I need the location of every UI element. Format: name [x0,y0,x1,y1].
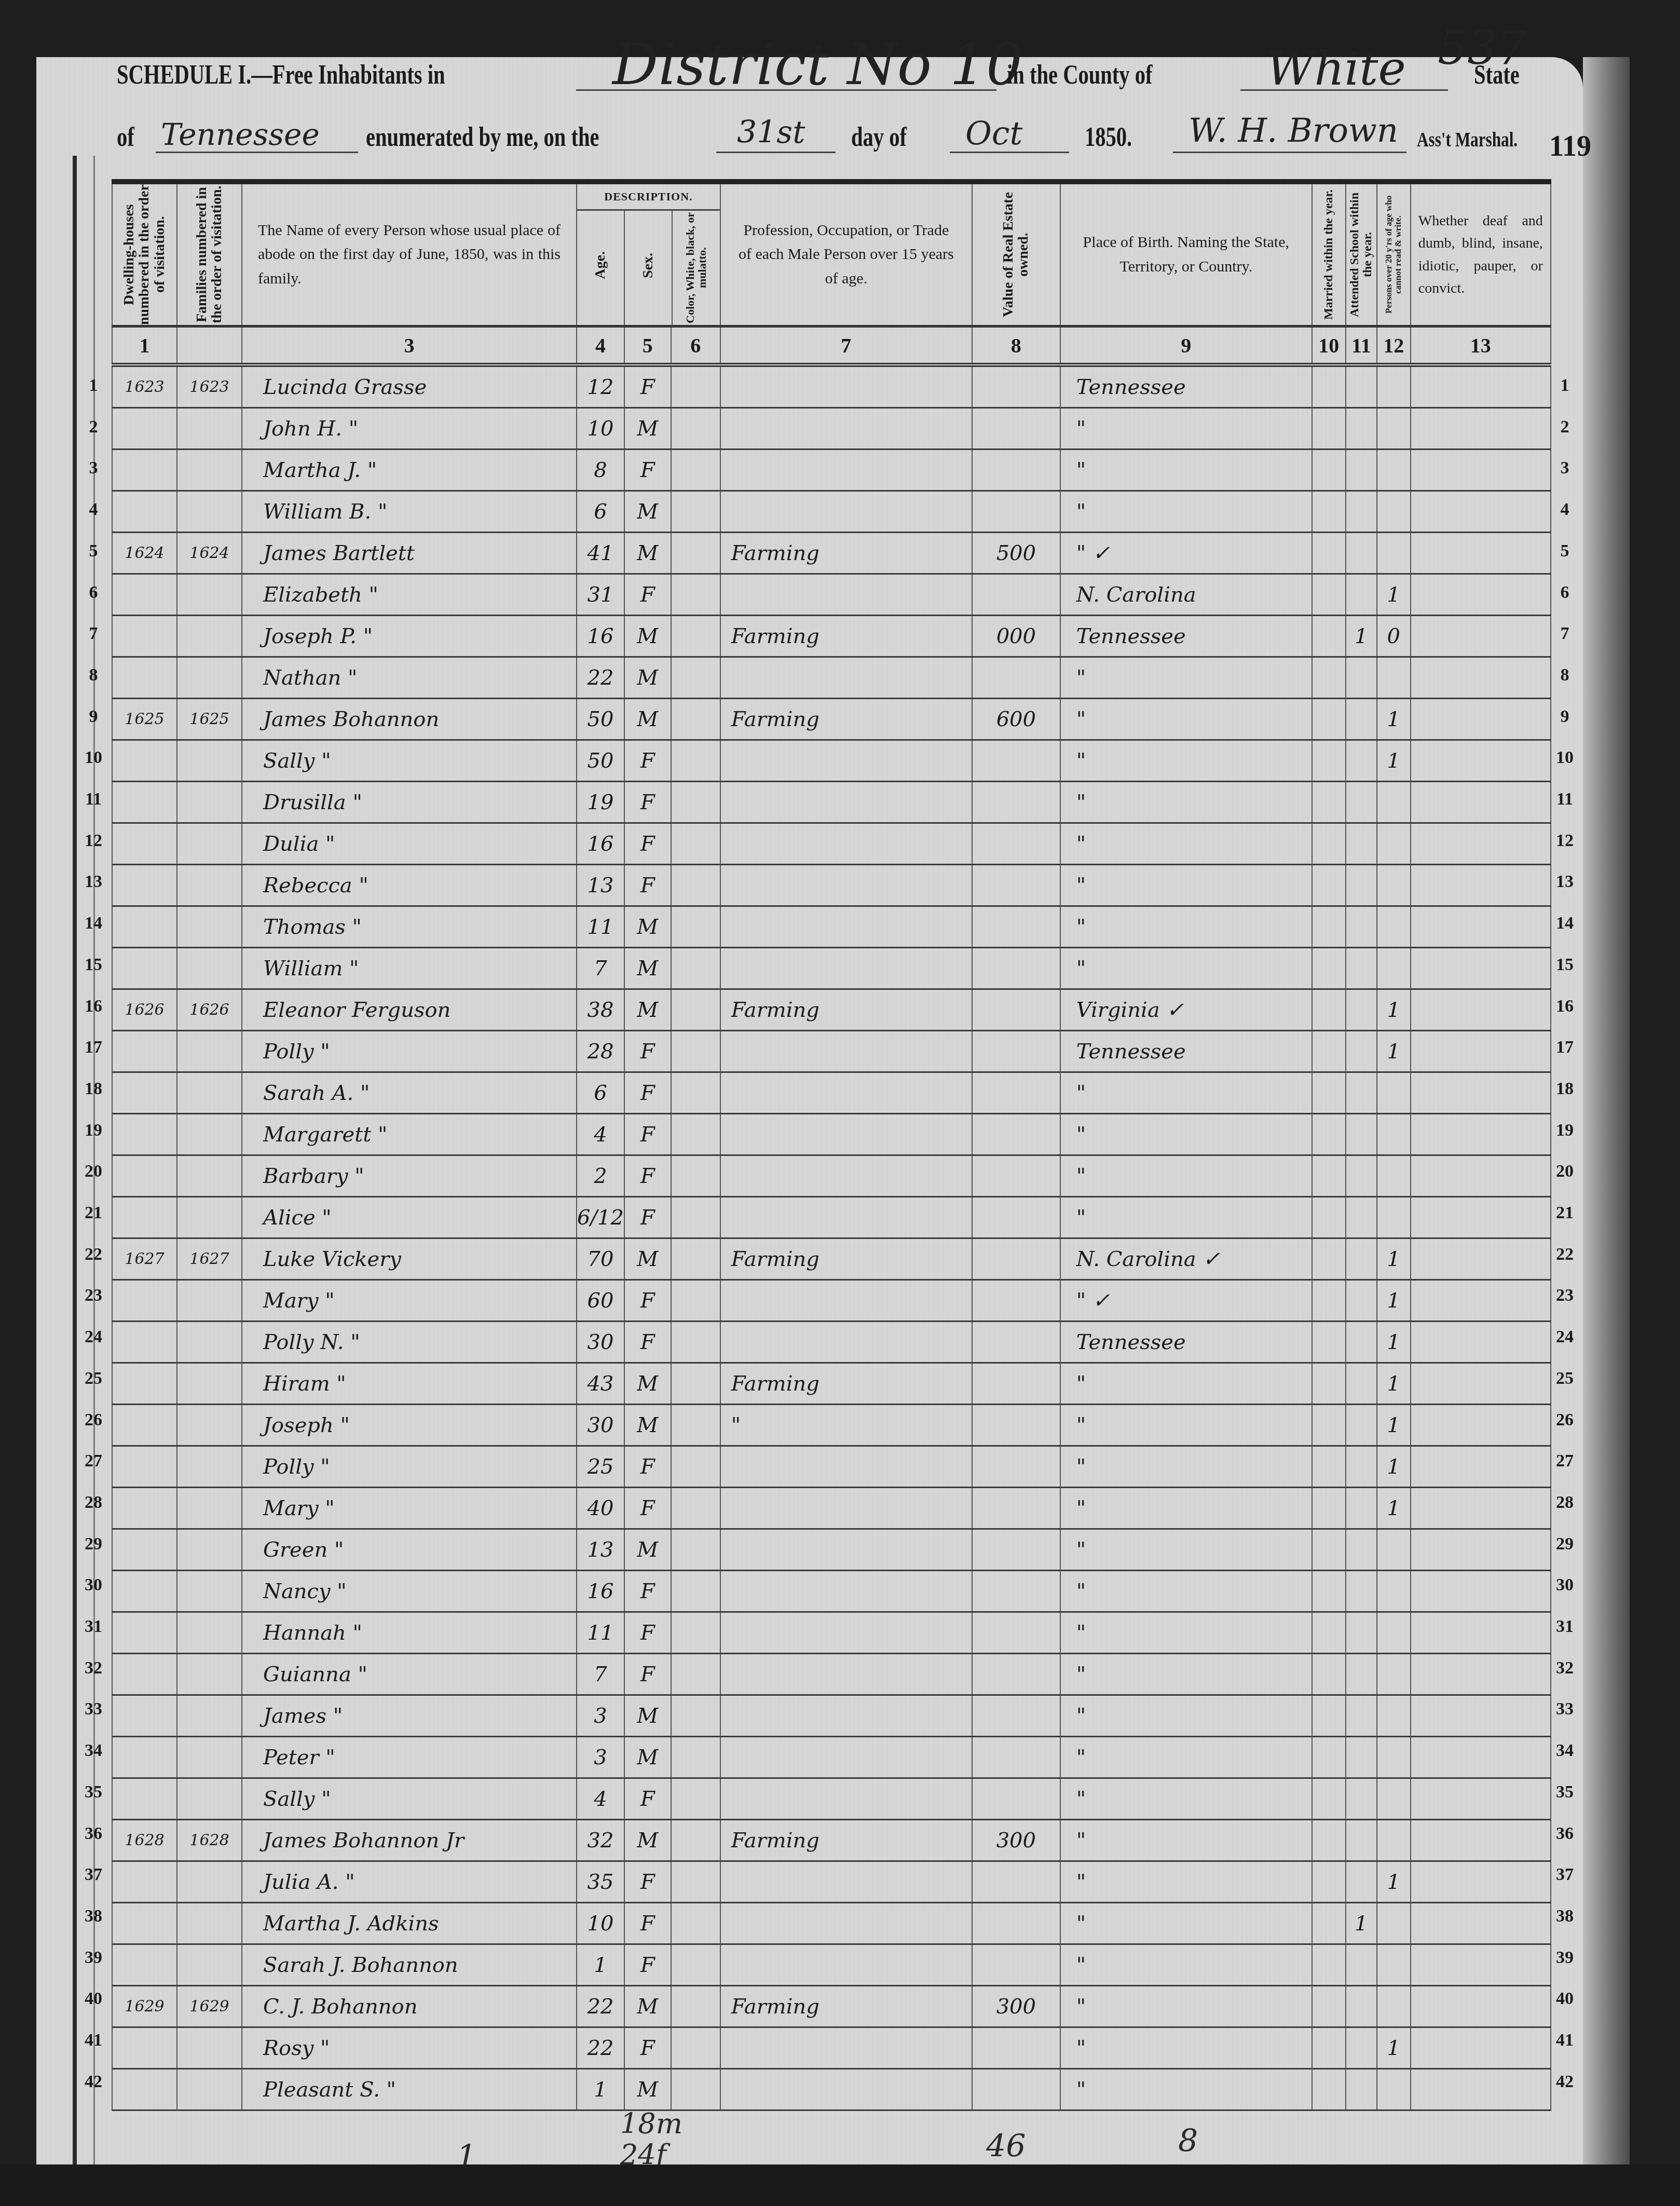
table-row: Nancy "16F" [112,1571,1551,1612]
cell-age: 19 [577,782,624,823]
table-row: Elizabeth "31FN. Carolina1 [112,574,1551,616]
cell-family [177,1571,242,1612]
cell-occupation [720,1737,972,1778]
line-number-left: 37 [78,1865,109,1885]
cell-name: Mary " [242,1280,577,1322]
line-number-right: 41 [1549,2031,1580,2050]
column-headers: Dwelling-houses numbered in the order of… [112,182,1551,326]
cell-occupation [720,1571,972,1612]
cell-sex: F [624,1114,671,1155]
cell-dwelling [112,1031,177,1072]
cell-family [177,574,242,616]
cell-condition [1411,1322,1551,1363]
cell-sex: F [624,1944,671,1986]
line-number-right: 3 [1549,458,1580,478]
cell-illiterate: 0 [1377,616,1411,657]
cell-school [1346,1155,1377,1197]
cell-occupation [720,1695,972,1737]
cell-school [1346,740,1377,782]
line-number-right: 26 [1549,1410,1580,1430]
cell-married [1312,1820,1346,1861]
cell-dwelling [112,1737,177,1778]
cell-illiterate [1377,782,1411,823]
cell-school [1346,1363,1377,1405]
cell-dwelling [112,1571,177,1612]
printed-page-number: 119 [1549,130,1591,163]
cell-married [1312,533,1346,574]
cell-occupation [720,1778,972,1820]
cell-color [671,989,720,1031]
cell-family: 1624 [177,533,242,574]
cell-family [177,2027,242,2069]
cell-illiterate: 1 [1377,1446,1411,1488]
cell-name: Barbary " [242,1155,577,1197]
cell-age: 1 [577,1944,624,1986]
cell-birth: " [1060,491,1312,533]
cell-sex: F [624,782,671,823]
cell-occupation [720,865,972,906]
cell-occupation [720,823,972,865]
cell-school [1346,1737,1377,1778]
description-group-header: DESCRIPTION. Age. Sex. Color, White, bla… [577,182,720,326]
line-number-left: 41 [78,2031,109,2050]
cell-value [972,1280,1060,1322]
line-number-left: 7 [78,624,109,644]
cell-family [177,1405,242,1446]
cell-condition [1411,1654,1551,1695]
col-header-family: Families numbered in the order of visita… [177,182,242,326]
cell-value [972,1114,1060,1155]
line-number-left: 39 [78,1948,109,1968]
cell-occupation [720,1446,972,1488]
cell-family: 1628 [177,1820,242,1861]
table-row: 16231623Lucinda Grasse12FTennessee [112,365,1551,408]
cell-age: 25 [577,1446,624,1488]
cell-illiterate [1377,1737,1411,1778]
cell-birth: " [1060,1861,1312,1903]
cell-birth: " ✓ [1060,533,1312,574]
cell-birth: " [1060,1986,1312,2027]
cell-occupation [720,1031,972,1072]
cell-birth: " [1060,865,1312,906]
cell-color [671,491,720,533]
cell-condition [1411,1238,1551,1280]
cell-illiterate [1377,1778,1411,1820]
state-underline [156,152,358,153]
cell-birth: " [1060,1778,1312,1820]
line-number-left: 18 [78,1079,109,1099]
cell-family: 1627 [177,1238,242,1280]
cell-birth: " [1060,1820,1312,1861]
line-number-right: 4 [1549,500,1580,520]
cell-family [177,1031,242,1072]
cell-married [1312,1446,1346,1488]
cell-color [671,1861,720,1903]
cell-birth: " [1060,1571,1312,1612]
line-number-left: 22 [78,1245,109,1264]
cell-condition [1411,1072,1551,1114]
cell-occupation: Farming [720,1986,972,2027]
cell-dwelling [112,491,177,533]
line-number-right: 30 [1549,1575,1580,1595]
line-number-left: 14 [78,914,109,933]
table-row: Mary "40F"1 [112,1488,1551,1529]
cell-married [1312,782,1346,823]
cell-name: Dulia " [242,823,577,865]
cell-birth: " [1060,450,1312,491]
cell-dwelling [112,616,177,657]
cell-color [671,948,720,989]
cell-married [1312,1197,1346,1238]
cell-married [1312,865,1346,906]
line-number-left: 9 [78,707,109,727]
cell-color [671,365,720,408]
cell-age: 41 [577,533,624,574]
cell-sex: M [624,533,671,574]
cell-illiterate [1377,1114,1411,1155]
cell-sex: F [624,1446,671,1488]
cell-condition [1411,1903,1551,1944]
line-number-right: 35 [1549,1782,1580,1802]
cell-condition [1411,1114,1551,1155]
cell-family [177,1778,242,1820]
cell-name: Martha J. Adkins [242,1903,577,1944]
cell-school [1346,1986,1377,2027]
cell-color [671,1446,720,1488]
cell-color [671,823,720,865]
col-header-condition: Whether deaf and dumb, blind, insane, id… [1411,182,1551,326]
table-row: Joseph P. "16MFarming000Tennessee10 [112,616,1551,657]
line-number-right: 8 [1549,665,1580,685]
line-number-right: 11 [1549,789,1580,809]
table-row: 16271627Luke Vickery70MFarmingN. Carolin… [112,1238,1551,1280]
cell-color [671,1820,720,1861]
cell-occupation: " [720,1405,972,1446]
cell-occupation [720,1903,972,1944]
cell-color [671,865,720,906]
table-row: Rosy "22F"1 [112,2027,1551,2069]
cell-school [1346,365,1377,408]
line-number-right: 9 [1549,707,1580,727]
cell-birth: " [1060,782,1312,823]
cell-dwelling [112,1322,177,1363]
cell-color [671,1114,720,1155]
cell-school [1346,1031,1377,1072]
county-underline [1240,89,1448,91]
cell-family [177,1903,242,1944]
cell-sex: M [624,1820,671,1861]
cell-color [671,408,720,450]
cell-illiterate: 1 [1377,574,1411,616]
cell-dwelling [112,1944,177,1986]
cell-family [177,1114,242,1155]
cell-birth: " [1060,906,1312,948]
cell-family [177,823,242,865]
col-header-illiterate: Persons over 20 y'rs of age who cannot r… [1377,182,1411,326]
cell-married [1312,1488,1346,1529]
cell-family [177,1654,242,1695]
line-number-left: 32 [78,1658,109,1678]
cell-illiterate [1377,823,1411,865]
col-header-occupation: Profession, Occupation, or Trade of each… [720,182,972,326]
table-row: Barbary "2F" [112,1155,1551,1197]
cell-dwelling [112,865,177,906]
cell-dwelling: 1626 [112,989,177,1031]
cell-color [671,782,720,823]
cell-illiterate [1377,533,1411,574]
table-row: 16241624James Bartlett41MFarming500" ✓ [112,533,1551,574]
cell-color [671,2069,720,2110]
cell-birth: " [1060,1654,1312,1695]
cell-name: Thomas " [242,906,577,948]
cell-married [1312,1571,1346,1612]
table-row: 16251625James Bohannon50MFarming600"1 [112,699,1551,740]
table-row: James "3M" [112,1695,1551,1737]
cell-sex: F [624,365,671,408]
table-row: 16281628James Bohannon Jr32MFarming300" [112,1820,1551,1861]
line-number-left: 34 [78,1741,109,1761]
cell-name: Drusilla " [242,782,577,823]
col-header-dwelling: Dwelling-houses numbered in the order of… [112,182,177,326]
cell-condition [1411,906,1551,948]
cell-married [1312,740,1346,782]
cell-sex: M [624,1695,671,1737]
line-number-left: 13 [78,872,109,892]
cell-age: 2 [577,1155,624,1197]
cell-family [177,740,242,782]
cell-married [1312,1737,1346,1778]
cell-illiterate [1377,1820,1411,1861]
line-number-right: 6 [1549,583,1580,603]
cell-age: 28 [577,1031,624,1072]
cell-school [1346,906,1377,948]
cell-value: 500 [972,533,1060,574]
cell-color [671,1778,720,1820]
cell-name: Nancy " [242,1571,577,1612]
table-row: Polly "28FTennessee1 [112,1031,1551,1072]
cell-value [972,1861,1060,1903]
line-number-right: 13 [1549,872,1580,892]
cell-birth: Virginia ✓ [1060,989,1312,1031]
cell-sex: F [624,1197,671,1238]
cell-condition [1411,2027,1551,2069]
cell-illiterate: 1 [1377,1405,1411,1446]
district-value: District No 10 [612,31,1022,98]
cell-family [177,657,242,699]
line-number-right: 17 [1549,1038,1580,1057]
cell-value: 300 [972,1986,1060,2027]
cell-name: Martha J. " [242,450,577,491]
cell-illiterate [1377,1654,1411,1695]
cell-dwelling [112,1654,177,1695]
cell-illiterate [1377,906,1411,948]
cell-occupation [720,450,972,491]
table-row: Mary "60F" ✓1 [112,1280,1551,1322]
cell-color [671,1529,720,1571]
cell-illiterate: 1 [1377,1322,1411,1363]
line-number-right: 18 [1549,1079,1580,1099]
cell-condition [1411,1861,1551,1903]
table-row: Polly N. "30FTennessee1 [112,1322,1551,1363]
cell-occupation [720,1944,972,1986]
cell-school [1346,1529,1377,1571]
cell-condition [1411,491,1551,533]
cell-name: Joseph P. " [242,616,577,657]
cell-illiterate: 1 [1377,1488,1411,1529]
cell-condition [1411,1695,1551,1737]
cell-birth: " [1060,1944,1312,1986]
cell-age: 13 [577,1529,624,1571]
line-number-right: 31 [1549,1617,1580,1637]
cell-illiterate: 1 [1377,1238,1411,1280]
day-underline [716,152,836,153]
line-number-left: 31 [78,1617,109,1637]
cell-condition [1411,450,1551,491]
cell-color [671,574,720,616]
cell-birth: " [1060,1446,1312,1488]
cell-family [177,906,242,948]
cell-married [1312,948,1346,989]
cell-name: Joseph " [242,1405,577,1446]
cell-school [1346,2027,1377,2069]
cell-married [1312,616,1346,657]
marshal-name: W. H. Brown [1189,112,1398,150]
cell-illiterate [1377,450,1411,491]
line-number-left: 23 [78,1286,109,1305]
cell-school [1346,574,1377,616]
cell-color [671,1612,720,1654]
cell-occupation: Farming [720,1238,972,1280]
cell-school [1346,657,1377,699]
cell-condition [1411,1197,1551,1238]
table-row: Martha J. Adkins10F"1 [112,1903,1551,1944]
table-row: Alice "6/12F" [112,1197,1551,1238]
cell-sex: M [624,1405,671,1446]
line-number-left: 16 [78,997,109,1016]
page-right-edge [1583,57,1630,2175]
cell-school [1346,1322,1377,1363]
cell-illiterate: 1 [1377,989,1411,1031]
table-row: Dulia "16F" [112,823,1551,865]
cell-color [671,1654,720,1695]
cell-value [972,1155,1060,1197]
cell-name: Sally " [242,1778,577,1820]
cell-married [1312,1778,1346,1820]
cell-dwelling [112,2027,177,2069]
cell-school [1346,948,1377,989]
county-label: in the County of [1007,60,1153,90]
cell-birth: N. Carolina [1060,574,1312,616]
cell-condition [1411,1446,1551,1488]
cell-school [1346,1695,1377,1737]
cell-occupation [720,906,972,948]
cell-school [1346,450,1377,491]
line-number-right: 32 [1549,1658,1580,1678]
cell-illiterate [1377,2069,1411,2110]
line-number-left: 2 [78,417,109,437]
cell-family [177,1695,242,1737]
cell-illiterate [1377,1612,1411,1654]
cell-married [1312,574,1346,616]
line-number-right: 22 [1549,1245,1580,1264]
cell-sex: M [624,491,671,533]
cell-birth: " [1060,1695,1312,1737]
cell-name: Luke Vickery [242,1238,577,1280]
cell-value [972,365,1060,408]
cell-value [972,948,1060,989]
table-row: Pleasant S. "1M" [112,2069,1551,2110]
cell-condition [1411,782,1551,823]
table-row: 16261626Eleanor Ferguson38MFarmingVirgin… [112,989,1551,1031]
line-number-right: 33 [1549,1699,1580,1719]
cell-name: Margarett " [242,1114,577,1155]
cell-age: 50 [577,699,624,740]
cell-name: Julia A. " [242,1861,577,1903]
cell-dwelling [112,1446,177,1488]
cell-color [671,1903,720,1944]
cell-color [671,906,720,948]
cell-age: 40 [577,1488,624,1529]
cell-school [1346,1238,1377,1280]
cell-color [671,1944,720,1986]
line-number-left: 11 [78,789,109,809]
cell-name: C. J. Bohannon [242,1986,577,2027]
cell-color [671,1695,720,1737]
cell-married [1312,491,1346,533]
cell-condition [1411,1944,1551,1986]
cell-sex: F [624,1612,671,1654]
cell-value [972,1488,1060,1529]
cell-family [177,1280,242,1322]
cell-birth: " [1060,1072,1312,1114]
cell-name: Alice " [242,1197,577,1238]
col-header-real-estate: Value of Real Estate owned. [972,182,1060,326]
cell-value [972,2069,1060,2110]
cell-age: 6 [577,1072,624,1114]
col-header-school: Attended School within the year. [1346,182,1377,326]
cell-occupation: Farming [720,989,972,1031]
cell-birth: " [1060,1114,1312,1155]
cell-sex: M [624,408,671,450]
cell-occupation [720,1654,972,1695]
cell-color [671,533,720,574]
cell-age: 30 [577,1322,624,1363]
cell-married [1312,1861,1346,1903]
line-number-right: 24 [1549,1327,1580,1347]
cell-age: 11 [577,1612,624,1654]
cell-illiterate [1377,1072,1411,1114]
cell-school [1346,491,1377,533]
cell-family [177,450,242,491]
cell-illiterate: 1 [1377,1363,1411,1405]
cell-sex: M [624,1363,671,1405]
cell-sex: M [624,657,671,699]
cell-condition [1411,365,1551,408]
cell-family: 1626 [177,989,242,1031]
cell-condition [1411,1737,1551,1778]
cell-dwelling: 1623 [112,365,177,408]
cell-sex: M [624,1986,671,2027]
cell-name: Hiram " [242,1363,577,1405]
cell-family [177,1155,242,1197]
table-row: Hannah "11F" [112,1612,1551,1654]
cell-school: 1 [1346,1903,1377,1944]
table-row: 16291629C. J. Bohannon22MFarming300" [112,1986,1551,2027]
cell-color [671,1155,720,1197]
cell-birth: " [1060,1155,1312,1197]
cell-occupation [720,782,972,823]
cell-school [1346,989,1377,1031]
